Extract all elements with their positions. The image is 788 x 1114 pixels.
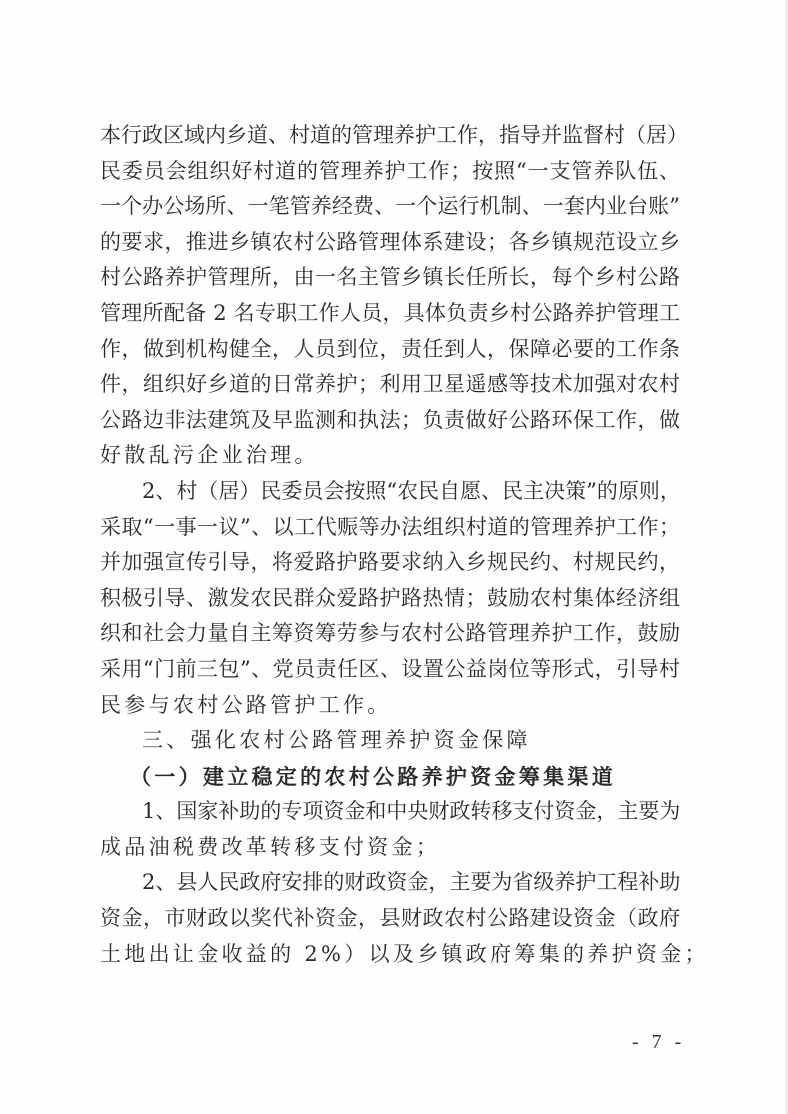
- text-line: 本行政区域内乡道、村道的管理养护工作，指导并监督村（居）: [100, 118, 680, 154]
- text-line: 好散乱污企业治理。: [100, 438, 700, 474]
- text-line: 成品油税费改革转移支付资金；: [100, 830, 700, 866]
- subsection-heading: （一）建立稳定的农村公路养护资金筹集渠道: [100, 759, 700, 795]
- text-line: 公路边非法建筑及早监测和执法；负责做好公路环保工作，做: [100, 403, 680, 439]
- section-heading: 三、强化农村公路管理养护资金保障: [100, 723, 700, 759]
- text-line: 民参与农村公路管护工作。: [100, 688, 700, 724]
- text-line: 2、村（居）民委员会按照“农民自愿、民主决策”的原则，: [100, 474, 680, 510]
- paragraph-village-committee: 2、村（居）民委员会按照“农民自愿、民主决策”的原则， 采取“一事一议”、以工代…: [100, 474, 700, 723]
- text-line: 件，组织好乡道的日常养护；利用卫星遥感等技术加强对农村: [100, 367, 680, 403]
- text-line: 采取“一事一议”、以工代赈等办法组织村道的管理养护工作；: [100, 510, 680, 546]
- document-body: 本行政区域内乡道、村道的管理养护工作，指导并监督村（居） 民委员会组织好村道的管…: [100, 118, 700, 972]
- paragraph-continuation: 本行政区域内乡道、村道的管理养护工作，指导并监督村（居） 民委员会组织好村道的管…: [100, 118, 700, 474]
- paragraph-item-2: 2、县人民政府安排的财政资金，主要为省级养护工程补助 资金，市财政以奖代补资金，…: [100, 865, 700, 972]
- text-line: 资金，市财政以奖代补资金，县财政农村公路建设资金（政府: [100, 901, 680, 937]
- text-line: 民委员会组织好村道的管理养护工作；按照“一支管养队伍、: [100, 154, 680, 190]
- text-line: 采用“门前三包”、党员责任区、设置公益岗位等形式，引导村: [100, 652, 680, 688]
- text-line: 织和社会力量自主筹资筹劳参与农村公路管理养护工作，鼓励: [100, 616, 680, 652]
- text-line: 一个办公场所、一笔管养经费、一个运行机制、一套内业台账”: [100, 189, 680, 225]
- text-line: 并加强宣传引导，将爱路护路要求纳入乡规民约、村规民约，: [100, 545, 680, 581]
- text-line: 作，做到机构健全，人员到位，责任到人，保障必要的工作条: [100, 332, 680, 368]
- text-line: 土地出让金收益的 2%）以及乡镇政府筹集的养护资金；: [100, 937, 700, 973]
- text-line: 积极引导、激发农民群众爱路护路热情；鼓励农村集体经济组: [100, 581, 680, 617]
- paragraph-item-1: 1、国家补助的专项资金和中央财政转移支付资金，主要为 成品油税费改革转移支付资金…: [100, 794, 700, 865]
- text-line: 的要求，推进乡镇农村公路管理体系建设；各乡镇规范设立乡: [100, 225, 680, 261]
- text-line: 管理所配备 2 名专职工作人员，具体负责乡村公路养护管理工: [100, 296, 680, 332]
- page-number: - 7 -: [632, 1031, 685, 1054]
- document-page: 本行政区域内乡道、村道的管理养护工作，指导并监督村（居） 民委员会组织好村道的管…: [0, 0, 788, 1114]
- text-line: 村公路养护管理所，由一名主管乡镇长任所长，每个乡村公路: [100, 260, 680, 296]
- text-line: 2、县人民政府安排的财政资金，主要为省级养护工程补助: [100, 865, 680, 901]
- text-line: 1、国家补助的专项资金和中央财政转移支付资金，主要为: [100, 794, 680, 830]
